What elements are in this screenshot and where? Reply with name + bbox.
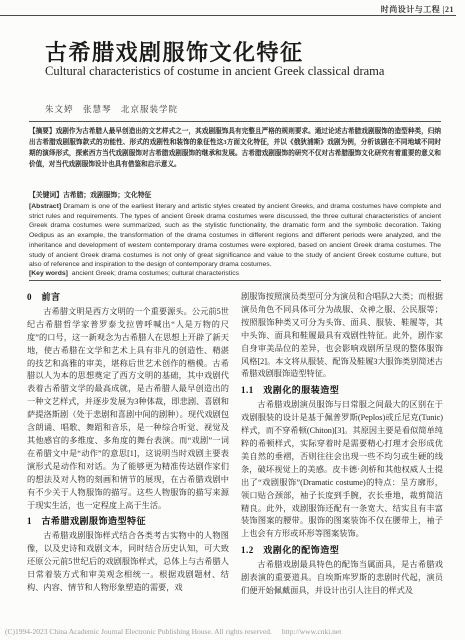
section-heading-1: 1 古希腊戏剧服饰造型特征 xyxy=(27,515,229,528)
keywords-zh: 【关键词】古希腊；戏剧服饰；文化特征 xyxy=(29,189,441,199)
page-subtitle-en: Cultural characteristics of costume in a… xyxy=(45,64,384,79)
section-1-paragraph: 古希腊戏剧服饰样式结合各类考古实物中的人物图像，以及史诗和戏剧文本，同时结合历史… xyxy=(27,530,229,595)
keywords-zh-label: 【关键词】 xyxy=(29,192,63,199)
abstract-en-label: [Abstract] xyxy=(29,203,61,210)
paper-page: 时尚设计与工程 |21 古希腊戏剧服饰文化特征 Cultural charact… xyxy=(0,0,465,640)
running-header: 时尚设计与工程 |21 xyxy=(381,4,454,15)
body-columns: 0 前言 古希腊文明是西方文明的一个重要源头。公元前5世纪古希腊哲学家普罗泰戈拉… xyxy=(27,291,443,615)
section-heading-1-2: 1.2 戏剧化的配饰造型 xyxy=(241,544,443,557)
body-column-left: 0 前言 古希腊文明是西方文明的一个重要源头。公元前5世纪古希腊哲学家普罗泰戈拉… xyxy=(27,291,229,615)
keywords-en: [Key words] ancient Greek; drama costume… xyxy=(29,270,441,277)
copyright-text: (C)1994-2023 China Academic Journal Elec… xyxy=(5,627,272,636)
section-1-paragraph-continued: 剧服饰按照演员类型可分为演员和合唱队2大类；而根据演员角色不同具体可分为战服、众… xyxy=(241,291,443,381)
abstract-top-rule xyxy=(29,121,441,122)
abstract-zh-text: 戏剧作为古希腊人最早创造出的文艺样式之一，其戏剧服饰具有完整且严格的规则要求。通… xyxy=(29,128,441,168)
page-title: 古希腊戏剧服饰文化特征 xyxy=(45,36,304,67)
section-heading-1-1: 1.1 戏剧化的服装造型 xyxy=(241,384,443,397)
body-column-right: 剧服饰按照演员类型可分为演员和合唱队2大类；而根据演员角色不同具体可分为战服、众… xyxy=(241,291,443,615)
body-top-rule xyxy=(29,280,441,281)
abstract-zh: 【摘要】戏剧作为古希腊人最早创造出的文艺样式之一，其戏剧服饰具有完整且严格的规则… xyxy=(29,126,441,170)
keywords-en-text: ancient Greek; drama costumes; cultural … xyxy=(72,270,239,277)
cnki-url: http://www.cnki.net xyxy=(282,627,342,636)
intro-paragraph: 古希腊文明是西方文明的一个重要源头。公元前5世纪古希腊哲学家普罗泰戈拉曾呼喊出“… xyxy=(27,306,229,513)
section-1-2-paragraph: 古希腊戏剧最具特色的配饰当属面具，是古希腊戏剧表演的重要道具。自埃斯库罗斯的悲剧… xyxy=(241,559,443,598)
section-heading-intro: 0 前言 xyxy=(27,291,229,304)
keywords-zh-text: 古希腊；戏剧服饰；文化特征 xyxy=(63,192,151,199)
section-1-1-paragraph: 古希腊戏剧演员服饰与日常服之间最大的区别在于戏剧服装的设计是基于佩普罗斯(Pep… xyxy=(241,399,443,541)
abstract-en: [Abstract] Dramam is one of the earliest… xyxy=(29,202,441,270)
footer-copyright: (C)1994-2023 China Academic Journal Elec… xyxy=(5,627,460,636)
keywords-en-label: [Key words] xyxy=(29,270,68,277)
authors-line: 朱文婷 张慧琴 北京服装学院 xyxy=(45,103,178,115)
header-rule xyxy=(0,15,456,16)
abstract-zh-label: 【摘要】 xyxy=(29,128,56,135)
abstract-en-text: Dramam is one of the earliest literary a… xyxy=(29,203,441,268)
